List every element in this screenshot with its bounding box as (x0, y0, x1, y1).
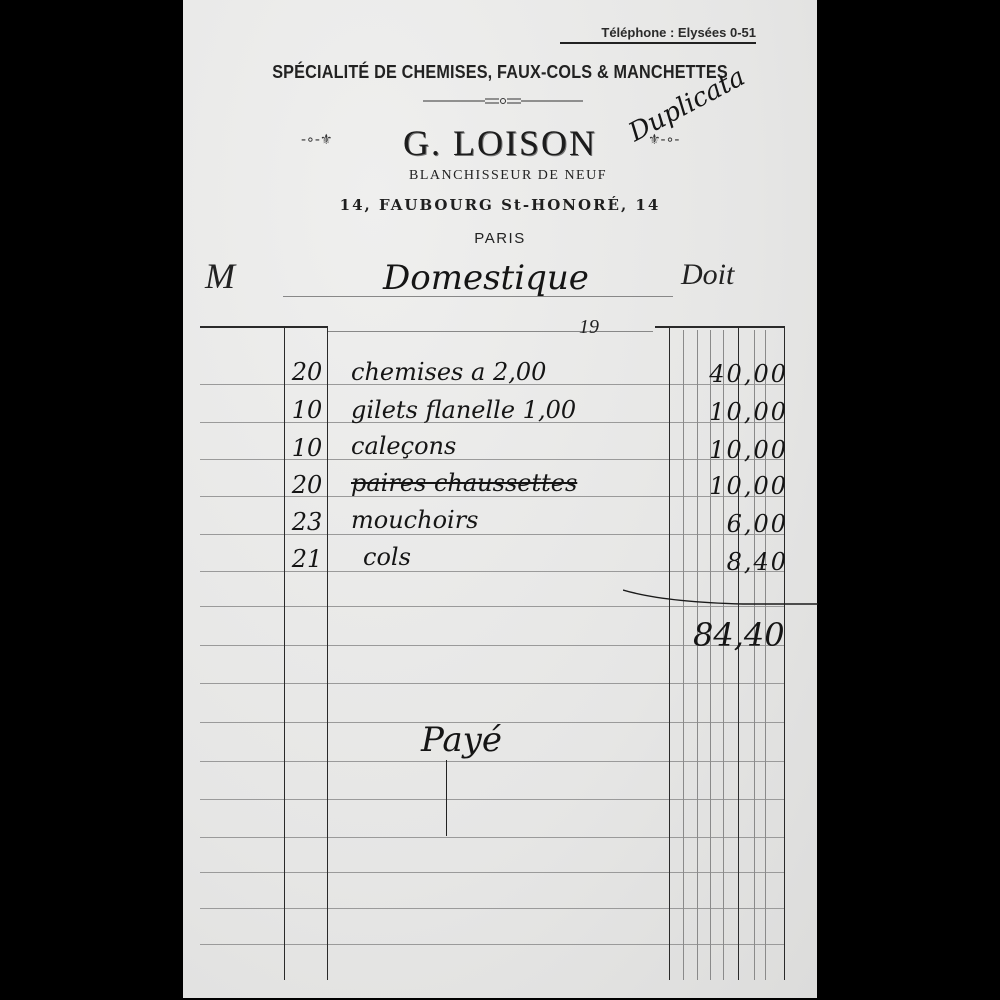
item-amount: 10,00 (678, 398, 788, 426)
cents-guide-line (765, 330, 766, 980)
invoice-paper: Téléphone : Elysées 0-51 SPÉCIALITÉ DE C… (183, 0, 817, 998)
recipient-prefix: M (205, 255, 235, 297)
item-amount: 40,00 (678, 360, 788, 388)
item-quantity: 20 (287, 471, 327, 499)
cents-guide-line (754, 330, 755, 980)
qty-column-top-rule (200, 326, 328, 328)
item-quantity: 21 (287, 545, 327, 573)
amount-guide-line (723, 330, 724, 980)
amount-guide-line (697, 330, 698, 980)
item-amount: 10,00 (678, 472, 788, 500)
paid-signature: Payé (421, 720, 502, 760)
item-description: cols (363, 543, 411, 571)
item-amount: 10,00 (678, 436, 788, 464)
amount-column-top-rule (655, 326, 785, 328)
item-quantity: 23 (287, 508, 327, 536)
date-underline (328, 331, 653, 332)
trade-title: BLANCHISSEUR DE NEUF (183, 168, 825, 184)
item-amount: 6,00 (678, 510, 788, 538)
telephone-line: Téléphone : Elysées 0-51 (560, 25, 756, 44)
business-city: PARIS (183, 230, 817, 247)
item-description: gilets flanelle 1,00 (351, 396, 576, 424)
signature-stroke (446, 760, 447, 836)
item-description: caleçons (351, 432, 456, 460)
item-quantity: 10 (287, 434, 327, 462)
business-address: 14, FAUBOURG St-HONORÉ, 14 (183, 196, 817, 214)
subtotal-underline (623, 584, 818, 606)
invoice-total: 84,40 (693, 616, 785, 654)
business-name: G. LOISON (183, 122, 817, 164)
item-description: paires chaussettes (351, 469, 577, 497)
amount-column-left-border (669, 328, 670, 980)
item-quantity: 20 (287, 358, 327, 386)
qty-column-left-border (284, 328, 285, 980)
doit-label: Doit (681, 258, 734, 292)
item-amount: 8,40 (678, 548, 788, 576)
item-quantity: 10 (287, 396, 327, 424)
item-description: chemises a 2,00 (351, 358, 546, 386)
recipient-name: Domestique (383, 258, 589, 298)
divider-ornament-icon (423, 97, 583, 105)
item-description: mouchoirs (351, 506, 478, 534)
qty-column-right-border (327, 328, 328, 980)
year-prefix: 19 (579, 316, 599, 339)
amount-guide-line (710, 330, 711, 980)
amount-guide-line (683, 330, 684, 980)
